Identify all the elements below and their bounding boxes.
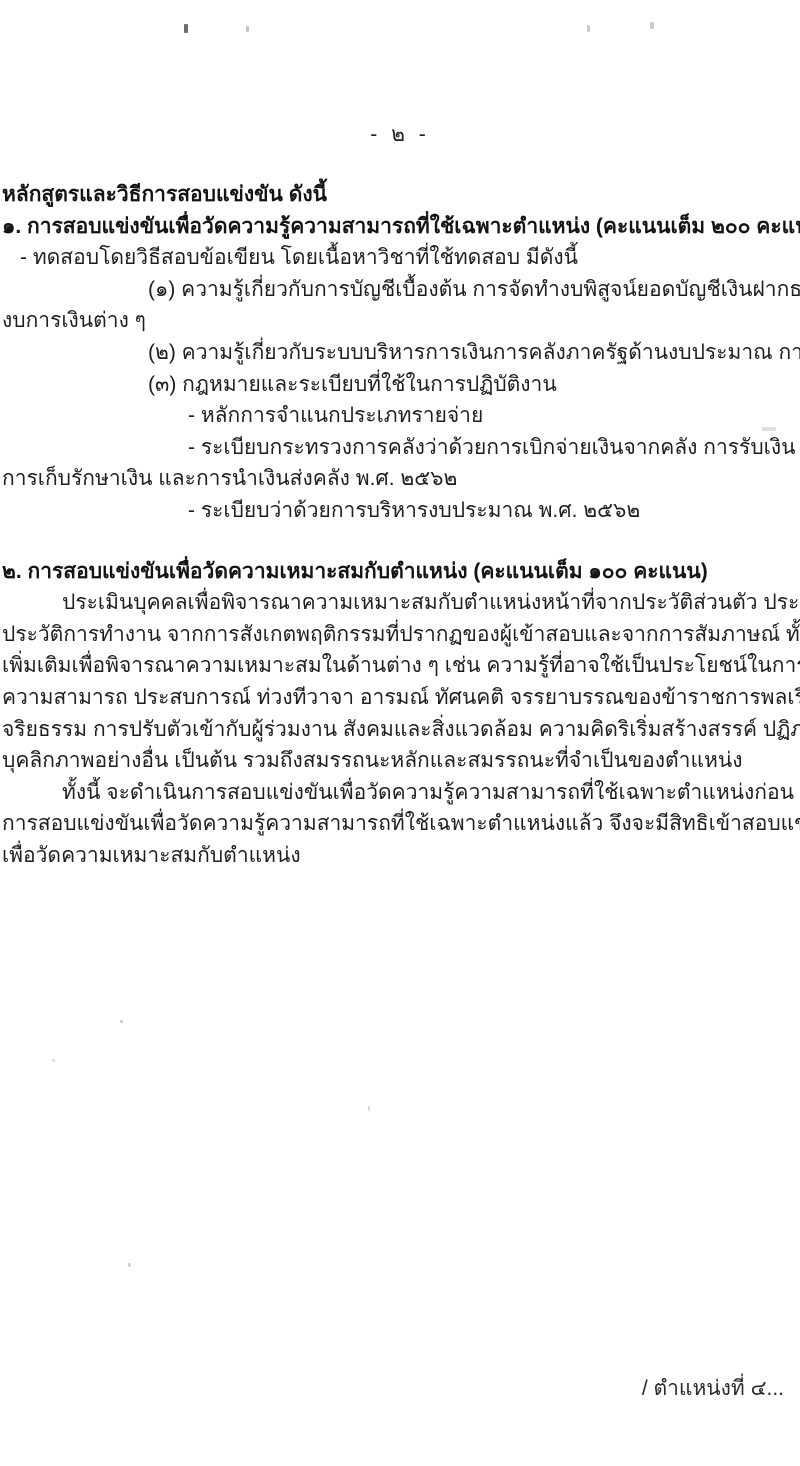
section-2-para-1-line-2: ประวัติการทำงาน จากการสังเกตพฤติกรรมที่ป… [2, 619, 794, 651]
continuation-note: / ตำแหน่งที่ ๔... [642, 1372, 784, 1405]
curriculum-heading: หลักสูตรและวิธีการสอบแข่งขัน ดังนี้ [2, 179, 794, 211]
scan-speck [52, 1059, 55, 1062]
section-2-para-1-line-1: ประเมินบุคคลเพื่อพิจารณาความเหมาะสมกับตำ… [2, 587, 794, 619]
subject-item-1-wrap: งบการเงินต่าง ๆ [2, 305, 794, 337]
scan-speck [184, 24, 188, 33]
scanned-document-page: - ๒ - หลักสูตรและวิธีการสอบแข่งขัน ดังนี… [0, 0, 800, 1466]
subject-item-3: (๓) กฎหมายและระเบียบที่ใช้ในการปฏิบัติงา… [2, 369, 794, 401]
scan-speck [128, 1263, 131, 1267]
law-bullet-1: - หลักการจำแนกประเภทรายจ่าย [2, 400, 794, 432]
scan-speck [368, 1106, 370, 1111]
page-number: - ๒ - [0, 118, 800, 151]
section-2-para-1-line-4: ความสามารถ ประสบการณ์ ท่วงทีวาจา อารมณ์ … [2, 682, 794, 714]
section-2-para-2-line-1: ทั้งนี้ จะดำเนินการสอบแข่งขันเพื่อวัดควา… [2, 777, 794, 809]
document-body: หลักสูตรและวิธีการสอบแข่งขัน ดังนี้ ๑. ก… [2, 179, 794, 871]
subject-item-2: (๒) ความรู้เกี่ยวกับระบบบริหารการเงินการ… [2, 337, 794, 369]
scan-speck [587, 25, 590, 32]
section-2-para-2-line-3: เพื่อวัดความเหมาะสมกับตำแหน่ง [2, 840, 794, 872]
section-2-para-1-line-6: บุคลิกภาพอย่างอื่น เป็นต้น รวมถึงสมรรถนะ… [2, 745, 794, 777]
subject-item-1: (๑) ความรู้เกี่ยวกับการบัญชีเบื้องต้น กา… [2, 274, 794, 306]
law-bullet-2: - ระเบียบกระทรวงการคลังว่าด้วยการเบิกจ่า… [2, 432, 794, 464]
section-2-title: ๒. การสอบแข่งขันเพื่อวัดความเหมาะสมกับตำ… [2, 556, 794, 588]
section-1-intro-line: - ทดสอบโดยวิธีสอบข้อเขียน โดยเนื้อหาวิชา… [2, 242, 794, 274]
law-bullet-3: - ระเบียบว่าด้วยการบริหารงบประมาณ พ.ศ. ๒… [2, 495, 794, 527]
scan-speck [246, 26, 249, 32]
scan-speck [120, 1020, 123, 1023]
section-2-para-2-line-2: การสอบแข่งขันเพื่อวัดความรู้ความสามารถที… [2, 808, 794, 840]
law-bullet-2-wrap: การเก็บรักษาเงิน และการนำเงินส่งคลัง พ.ศ… [2, 463, 794, 495]
section-1-title: ๑. การสอบแข่งขันเพื่อวัดความรู้ความสามาร… [2, 211, 794, 243]
section-2-para-1-line-3: เพิ่มเติมเพื่อพิจารณาความเหมาะสมในด้านต่… [2, 650, 794, 682]
section-2-para-1-line-5: จริยธรรม การปรับตัวเข้ากับผู้ร่วมงาน สัง… [2, 714, 794, 746]
scan-speck [762, 427, 776, 431]
section-spacer [2, 527, 794, 556]
scan-speck [650, 22, 654, 29]
